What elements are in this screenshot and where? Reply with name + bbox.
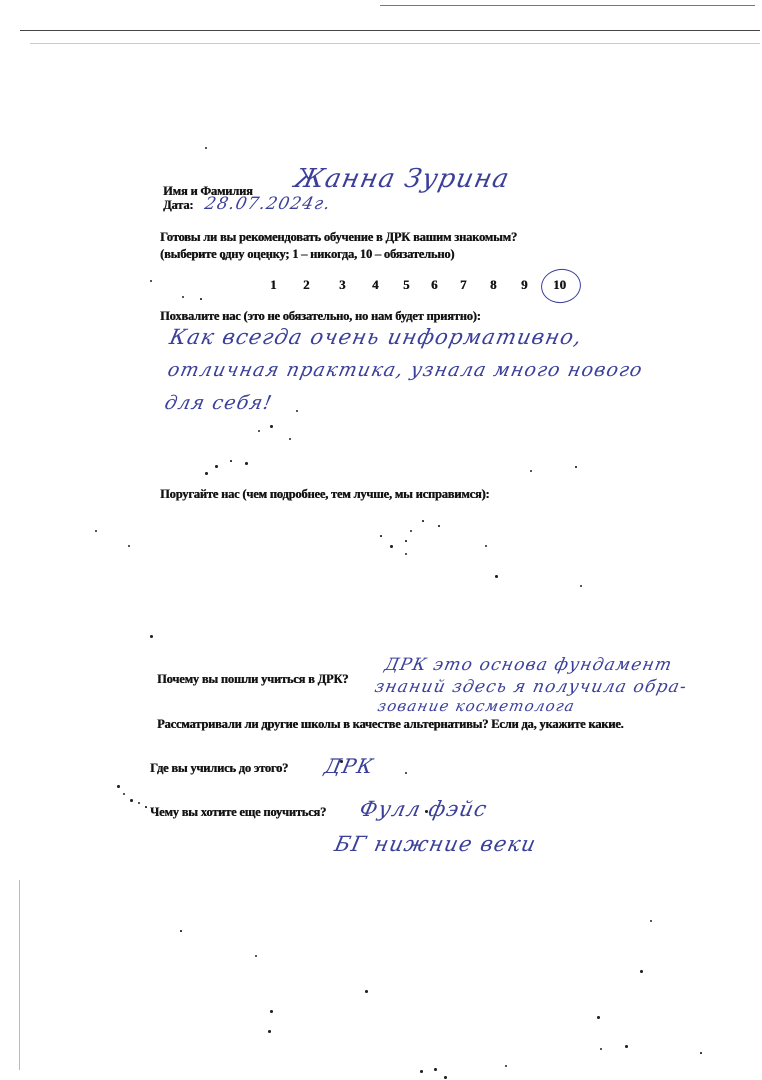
scan-speck xyxy=(296,410,298,412)
scan-edge-line xyxy=(20,30,760,31)
praise-line-3: для себя! xyxy=(163,392,275,414)
rating-option-6: 6 xyxy=(431,277,438,293)
rating-option-7: 7 xyxy=(460,277,467,293)
date-value: 28.07.2024г. xyxy=(203,194,333,214)
scan-speck xyxy=(495,575,498,578)
scan-left-margin xyxy=(19,880,20,1070)
scan-speck xyxy=(150,280,152,282)
scan-speck xyxy=(150,635,153,638)
scan-speck xyxy=(575,466,577,468)
scan-speck xyxy=(205,472,208,475)
scan-speck xyxy=(128,545,130,547)
praise-label: Похвалите нас (это не обязательно, но на… xyxy=(160,309,481,324)
scan-speck xyxy=(138,802,140,804)
alternatives-answer-area xyxy=(157,735,657,755)
scan-speck xyxy=(205,147,207,149)
scan-speck xyxy=(145,806,147,808)
praise-line-2: отличная практика, узнала много нового xyxy=(166,359,645,381)
scan-speck xyxy=(230,460,232,462)
rating-option-5: 5 xyxy=(403,277,410,293)
recommend-hint: (выберите одну оценку; 1 – никогда, 10 –… xyxy=(160,247,454,262)
scan-speck xyxy=(640,970,643,973)
next-label: Чему вы хотите еще поучиться? xyxy=(150,805,326,820)
selected-score-circle xyxy=(539,266,583,305)
scan-speck xyxy=(95,530,97,532)
alternatives-label: Рассматривали ли другие школы в качестве… xyxy=(157,717,623,732)
scan-speck xyxy=(600,1048,602,1050)
scan-speck xyxy=(258,430,260,432)
rating-option-3: 3 xyxy=(339,277,346,293)
why-line-2: знаний здесь я получила обра- xyxy=(373,677,689,697)
scan-speck xyxy=(182,296,184,298)
rating-option-1: 1 xyxy=(270,277,277,293)
why-line-3: зование косметолога xyxy=(376,697,577,715)
scan-speck xyxy=(700,1052,702,1054)
scan-speck xyxy=(365,990,368,993)
scan-speck xyxy=(215,465,218,468)
name-value: Жанна Зурина xyxy=(292,164,513,194)
scan-speck xyxy=(340,760,343,763)
scan-speck xyxy=(245,462,248,465)
rating-option-2: 2 xyxy=(303,277,310,293)
why-label: Почему вы пошли учиться в ДРК? xyxy=(157,672,348,687)
criticize-label: Поругайте нас (чем подробнее, тем лучше,… xyxy=(160,487,489,502)
scan-speck xyxy=(530,470,532,472)
scan-edge-line-faint xyxy=(30,43,760,44)
scan-speck xyxy=(597,1016,600,1019)
date-label: Дата: xyxy=(163,198,193,213)
scan-edge-line-top xyxy=(380,5,755,6)
scan-speck xyxy=(117,785,120,788)
scan-speck xyxy=(289,438,291,440)
scan-speck xyxy=(650,920,652,922)
scan-speck xyxy=(422,520,424,522)
scan-speck xyxy=(200,298,202,300)
praise-line-1: Как всегда очень информативно, xyxy=(167,325,584,349)
rating-option-4: 4 xyxy=(372,277,379,293)
scan-speck xyxy=(180,930,182,932)
rating-option-9: 9 xyxy=(521,277,528,293)
scan-speck xyxy=(625,1045,628,1048)
why-line-1: ДРК это основа фундамент xyxy=(383,655,675,675)
scan-speck xyxy=(270,425,273,428)
scan-speck xyxy=(270,1010,273,1013)
scan-speck xyxy=(420,1070,423,1073)
scan-speck xyxy=(390,545,393,548)
scan-speck xyxy=(268,1030,271,1033)
scan-speck xyxy=(405,772,407,774)
where-label: Где вы учились до этого? xyxy=(150,761,288,776)
scan-speck xyxy=(444,1076,447,1079)
scan-speck xyxy=(130,799,133,802)
where-value: ДРК xyxy=(322,754,376,778)
scan-speck xyxy=(434,1068,437,1071)
next-line-2: БГ нижние веки xyxy=(332,832,538,856)
next-line-1: Фулл фэйс xyxy=(357,797,489,821)
scan-speck xyxy=(123,793,125,795)
criticize-answer-area xyxy=(160,510,680,650)
scan-speck xyxy=(425,810,428,813)
recommend-question: Готовы ли вы рекомендовать обучение в ДР… xyxy=(160,230,517,245)
scan-speck xyxy=(380,535,382,537)
rating-option-8: 8 xyxy=(490,277,497,293)
scan-speck xyxy=(405,540,407,542)
scan-speck xyxy=(438,525,440,527)
scan-speck xyxy=(222,257,225,260)
scan-speck xyxy=(505,1065,507,1067)
scan-speck xyxy=(255,955,257,957)
